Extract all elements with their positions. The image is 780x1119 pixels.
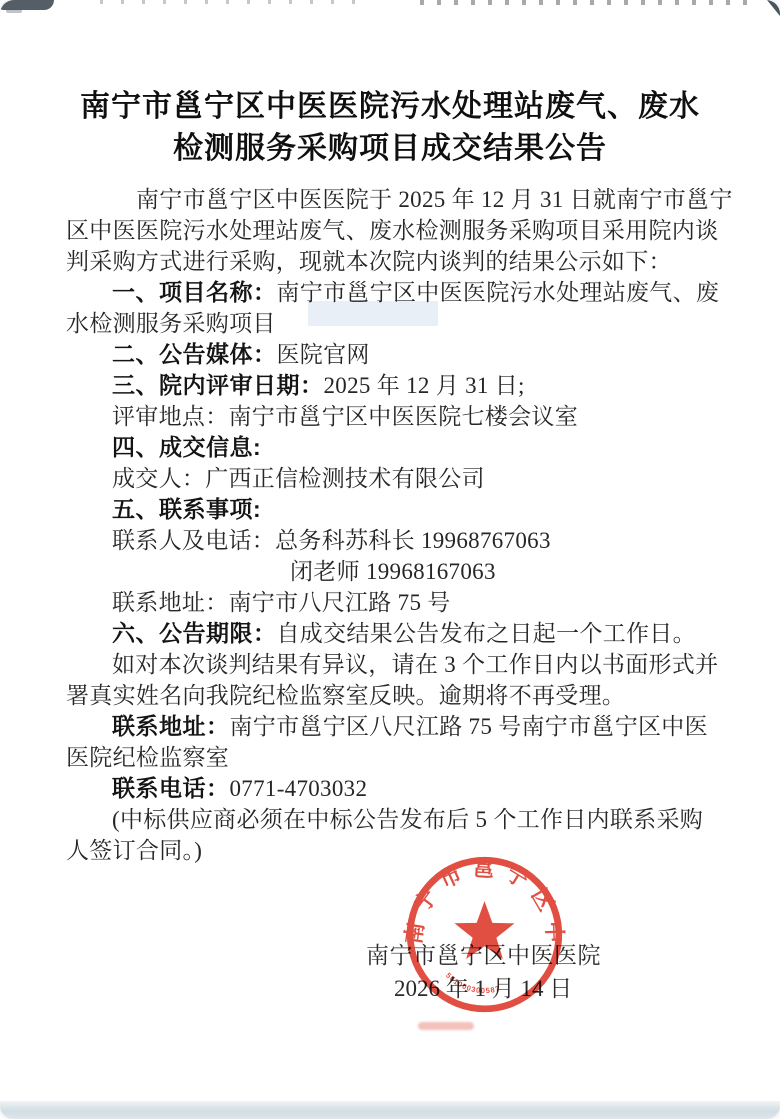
section-label: 五、联系事项: (112, 496, 261, 522)
line-text: (中标供应商必须在中标公告发布后 5 个工作日内联系采购 (112, 807, 703, 832)
text-line: 署真实姓名向我院纪检监察室反映。逾期将不再受理。 (66, 680, 726, 711)
text-line: 闭老师 19968167063 (66, 556, 726, 587)
text-line: 联系人及电话：总务科苏科长 19968767063 (66, 525, 726, 556)
section-label: 联系电话： (112, 775, 230, 801)
text-line: 评审地点：南宁市邕宁区中医医院七楼会议室 (66, 401, 726, 432)
line-text: 闭老师 19968167063 (290, 559, 496, 584)
official-red-seal: 南宁市邕宁区中医医院 501000300587 (401, 851, 568, 1018)
text-line: 南宁市邕宁区中医医院于 2025 年 12 月 31 日就南宁市邕宁 (66, 184, 726, 215)
line-text: 南宁市邕宁区八尺江路 75 号南宁市邕宁区中医 (230, 714, 708, 739)
scan-artifact-bottom-edge-band (0, 1101, 780, 1119)
document-title: 南宁市邕宁区中医医院污水处理站废气、废水 检测服务采购项目成交结果公告 (0, 86, 780, 170)
section-label: 二、公告媒体： (112, 341, 277, 367)
text-line: 联系地址：南宁市八尺江路 75 号 (66, 587, 726, 618)
seal-code: 501000300587 (444, 971, 501, 995)
text-line: 六、公告期限：自成交结果公告发布之日起一个工作日。 (66, 618, 726, 649)
scanned-document-page: 南宁市邕宁区中医医院污水处理站废气、废水 检测服务采购项目成交结果公告 南宁市邕… (0, 0, 780, 1119)
text-line: 区中医医院污水处理站废气、废水检测服务采购项目采用院内谈 (66, 215, 726, 246)
text-line: 三、院内评审日期：2025 年 12 月 31 日; (66, 370, 726, 401)
line-text: 医院官网 (277, 342, 370, 367)
text-line: 一、项目名称：南宁市邕宁区中医医院污水处理站废气、废 (66, 277, 726, 308)
text-line: (中标供应商必须在中标公告发布后 5 个工作日内联系采购 (66, 804, 726, 835)
document-title-line1: 南宁市邕宁区中医医院污水处理站废气、废水 (0, 86, 780, 128)
seal-star-icon (454, 901, 514, 959)
scan-artifact-top-speckles-left (100, 0, 360, 4)
line-text: 判采购方式进行采购，现就本次院内谈判的结果公示如下： (66, 249, 672, 274)
line-text: 南宁市邕宁区中医医院于 2025 年 12 月 31 日就南宁市邕宁 (136, 187, 733, 212)
line-text: 如对本次谈判结果有异议，请在 3 个工作日内以书面形式并 (112, 652, 718, 677)
text-line: 人签订合同。) (66, 835, 726, 866)
line-text: 南宁市邕宁区中医医院污水处理站废气、废 (277, 280, 720, 305)
line-text: 署真实姓名向我院纪检监察室反映。逾期将不再受理。 (66, 683, 625, 708)
line-text: 医院纪检监察室 (66, 745, 229, 770)
text-line: 水检测服务采购项目 (66, 308, 726, 339)
section-label: 四、成交信息: (112, 434, 261, 460)
text-line: 联系电话：0771-4703032 (66, 773, 726, 804)
scan-artifact-red-smudge (418, 1022, 474, 1030)
scan-artifact-top-speckles-right (420, 0, 755, 5)
document-body: 南宁市邕宁区中医医院于 2025 年 12 月 31 日就南宁市邕宁区中医医院污… (66, 184, 726, 866)
section-label: 联系地址： (112, 713, 230, 739)
section-label: 一、项目名称： (112, 279, 277, 305)
section-label: 三、院内评审日期： (112, 372, 324, 398)
line-text: 区中医医院污水处理站废气、废水检测服务采购项目采用院内谈 (66, 218, 718, 243)
text-line: 医院纪检监察室 (66, 742, 726, 773)
line-text: 人签订合同。) (66, 838, 202, 863)
section-label: 六、公告期限： (112, 620, 277, 646)
line-text: 水检测服务采购项目 (66, 311, 276, 336)
text-line: 四、成交信息: (66, 432, 726, 463)
text-line: 判采购方式进行采购，现就本次院内谈判的结果公示如下： (66, 246, 726, 277)
line-text: 2025 年 12 月 31 日; (324, 373, 525, 398)
document-title-line2: 检测服务采购项目成交结果公告 (0, 128, 780, 170)
line-text: 联系人及电话：总务科苏科长 19968767063 (112, 528, 551, 553)
text-line: 二、公告媒体：医院官网 (66, 339, 726, 370)
text-line: 五、联系事项: (66, 494, 726, 525)
scan-artifact-top-right-notch (767, 0, 780, 16)
text-line: 联系地址：南宁市邕宁区八尺江路 75 号南宁市邕宁区中医 (66, 711, 726, 742)
text-line: 成交人：广西正信检测技术有限公司 (66, 463, 726, 494)
line-text: 联系地址：南宁市八尺江路 75 号 (112, 590, 451, 615)
text-line: 如对本次谈判结果有异议，请在 3 个工作日内以书面形式并 (66, 649, 726, 680)
line-text: 0771-4703032 (230, 776, 368, 801)
line-text: 评审地点：南宁市邕宁区中医医院七楼会议室 (112, 404, 578, 429)
line-text: 成交人：广西正信检测技术有限公司 (112, 466, 485, 491)
scan-artifact-top-left-smudge (6, 9, 22, 13)
line-text: 自成交结果公告发布之日起一个工作日。 (277, 621, 696, 646)
